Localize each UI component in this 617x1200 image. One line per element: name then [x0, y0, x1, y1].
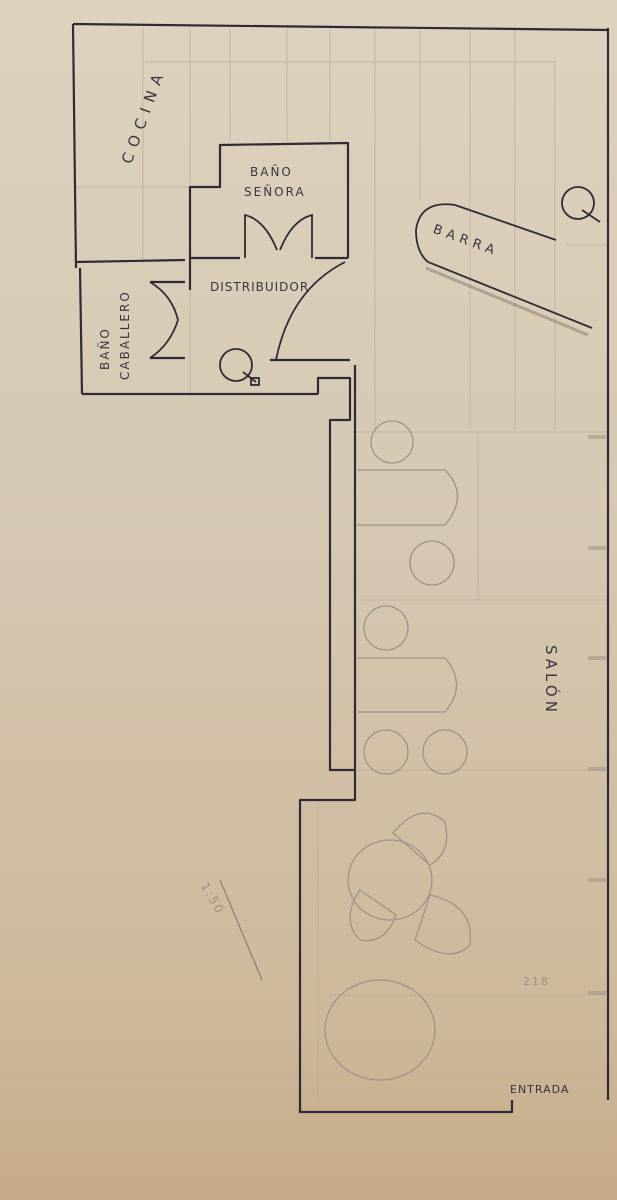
bano-senora-line1: BAÑO [244, 162, 306, 182]
wall-ticks [588, 437, 606, 993]
bano-senora-line2: SEÑORA [244, 182, 306, 202]
pencil-furniture [325, 421, 471, 1080]
floor-plan-drawing [0, 0, 617, 1200]
bano-caballero-line2: CABALLERO [115, 290, 135, 380]
bano-caballero-line1: BAÑO [95, 290, 115, 380]
room-label-entrada: ENTRADA [510, 1083, 569, 1096]
room-label-distribuidor: DISTRIBUIDOR [210, 280, 309, 294]
room-label-bano-caballero: BAÑO CABALLERO [95, 290, 135, 380]
dimension-label: 218 [523, 975, 550, 988]
pencil-grid [76, 28, 608, 1100]
scale-stroke [220, 880, 262, 980]
room-label-salon: SALÓN [542, 645, 560, 716]
room-label-bano-senora: BAÑO SEÑORA [244, 162, 306, 202]
floor-plan-sheet: COCINA BAÑO SEÑORA BAÑO CABALLERO DISTRI… [0, 0, 617, 1200]
